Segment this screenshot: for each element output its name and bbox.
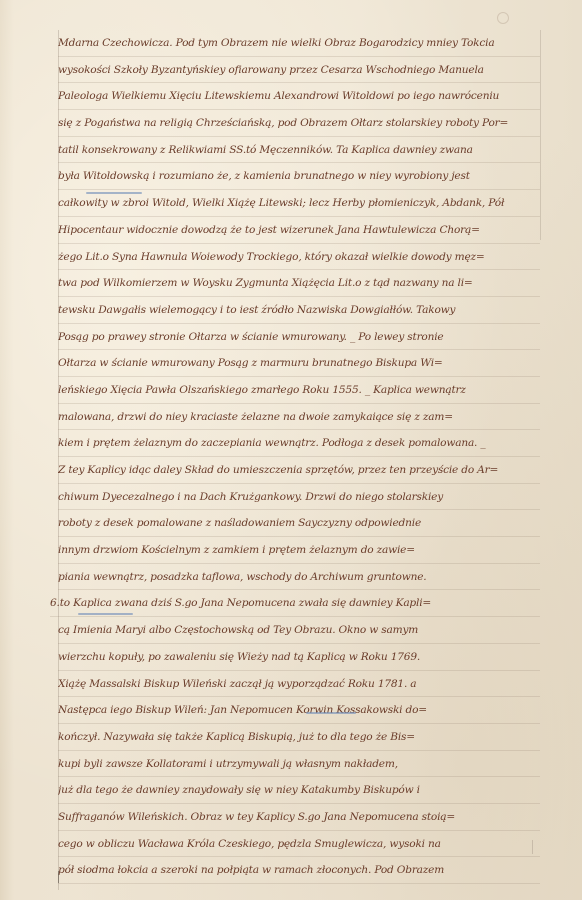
text-line: malowana, drzwi do niey kraciaste żelazn… [58, 404, 540, 431]
text-line: pół siodma łokcia a szeroki na połpiąta … [58, 857, 540, 884]
text-line: leńskiego Xięcia Pawła Olszańskiego zmar… [58, 377, 540, 404]
text-line: cego w obliczu Wacława Króla Czeskiego, … [58, 831, 540, 858]
text-line: tatil konsekrowany z Relikwiami SS.tó Mę… [58, 137, 540, 164]
text-line: żego Lit.o Syna Hawnula Woiewody Trockie… [58, 244, 540, 271]
text-line: Suffraganów Wileńskich. Obraz w tey Kapl… [58, 804, 540, 831]
text-line: roboty z desek pomalowane z naśladowanie… [58, 510, 540, 537]
text-line: się z Pogaństwa na religią Chrześciańską… [58, 110, 540, 137]
text-line: Hipocentaur widocznie dowodzą że to jest… [58, 217, 540, 244]
manuscript-page: Mdarna Czechowicza. Pod tym Obrazem nie … [0, 0, 582, 900]
text-line: cą Imienia Maryi albo Częstochowską od T… [58, 617, 540, 644]
text-line: Z tey Kaplicy idąc daley Skład do umiesz… [58, 457, 540, 484]
text-line: wysokości Szkoły Byzantyńskiey ofiarowan… [58, 57, 540, 84]
text-line: Paleologa Wielkiemu Xięciu Litewskiemu A… [58, 83, 540, 110]
text-line: Xiążę Massalski Biskup Wileński zaczął j… [58, 671, 540, 698]
text-line: całkowity w zbroi Witold, Wielki Xiążę L… [58, 190, 540, 217]
text-line: tewsku Dawgałis wielemogący i to iest źr… [58, 297, 540, 324]
text-line: piania wewnątrz, posadzka taflowa, wscho… [58, 564, 540, 591]
blue-pencil-underline [306, 712, 356, 714]
text-line: twa pod Wilkomierzem w Woysku Zygmunta X… [58, 270, 540, 297]
text-line: kiem i prętem żelaznym do zaczepiania we… [58, 430, 540, 457]
text-line: innym drzwiom Kościelnym z zamkiem i prę… [58, 537, 540, 564]
manuscript-text: Mdarna Czechowicza. Pod tym Obrazem nie … [58, 30, 540, 884]
text-line: Następca iego Biskup Wileń: Jan Nepomuce… [58, 697, 540, 724]
text-line: kończył. Nazywała się także Kaplicą Bisk… [58, 724, 540, 751]
text-line: wierzchu kopuły, po zawaleniu się Wieży … [58, 644, 540, 671]
paper-stain [497, 12, 509, 24]
blue-pencil-underline [86, 192, 142, 194]
blue-pencil-underline [78, 613, 133, 615]
text-line: już dla tego że dawniey znaydowały się w… [58, 777, 540, 804]
text-line: chiwum Dyecezalnego i na Dach Krużgankow… [58, 484, 540, 511]
text-line: Ołtarza w ścianie wmurowany Posąg z marm… [58, 350, 540, 377]
text-line: kupi byli zawsze Kollatorami i utrzymywa… [58, 751, 540, 778]
right-margin-rule [540, 30, 541, 240]
pencil-mark [58, 871, 59, 883]
text-line: Mdarna Czechowicza. Pod tym Obrazem nie … [58, 30, 540, 57]
text-line: była Witoldowską i rozumiano że, z kamie… [58, 163, 540, 190]
text-line: Posąg po prawey stronie Ołtarza w ściani… [58, 324, 540, 351]
